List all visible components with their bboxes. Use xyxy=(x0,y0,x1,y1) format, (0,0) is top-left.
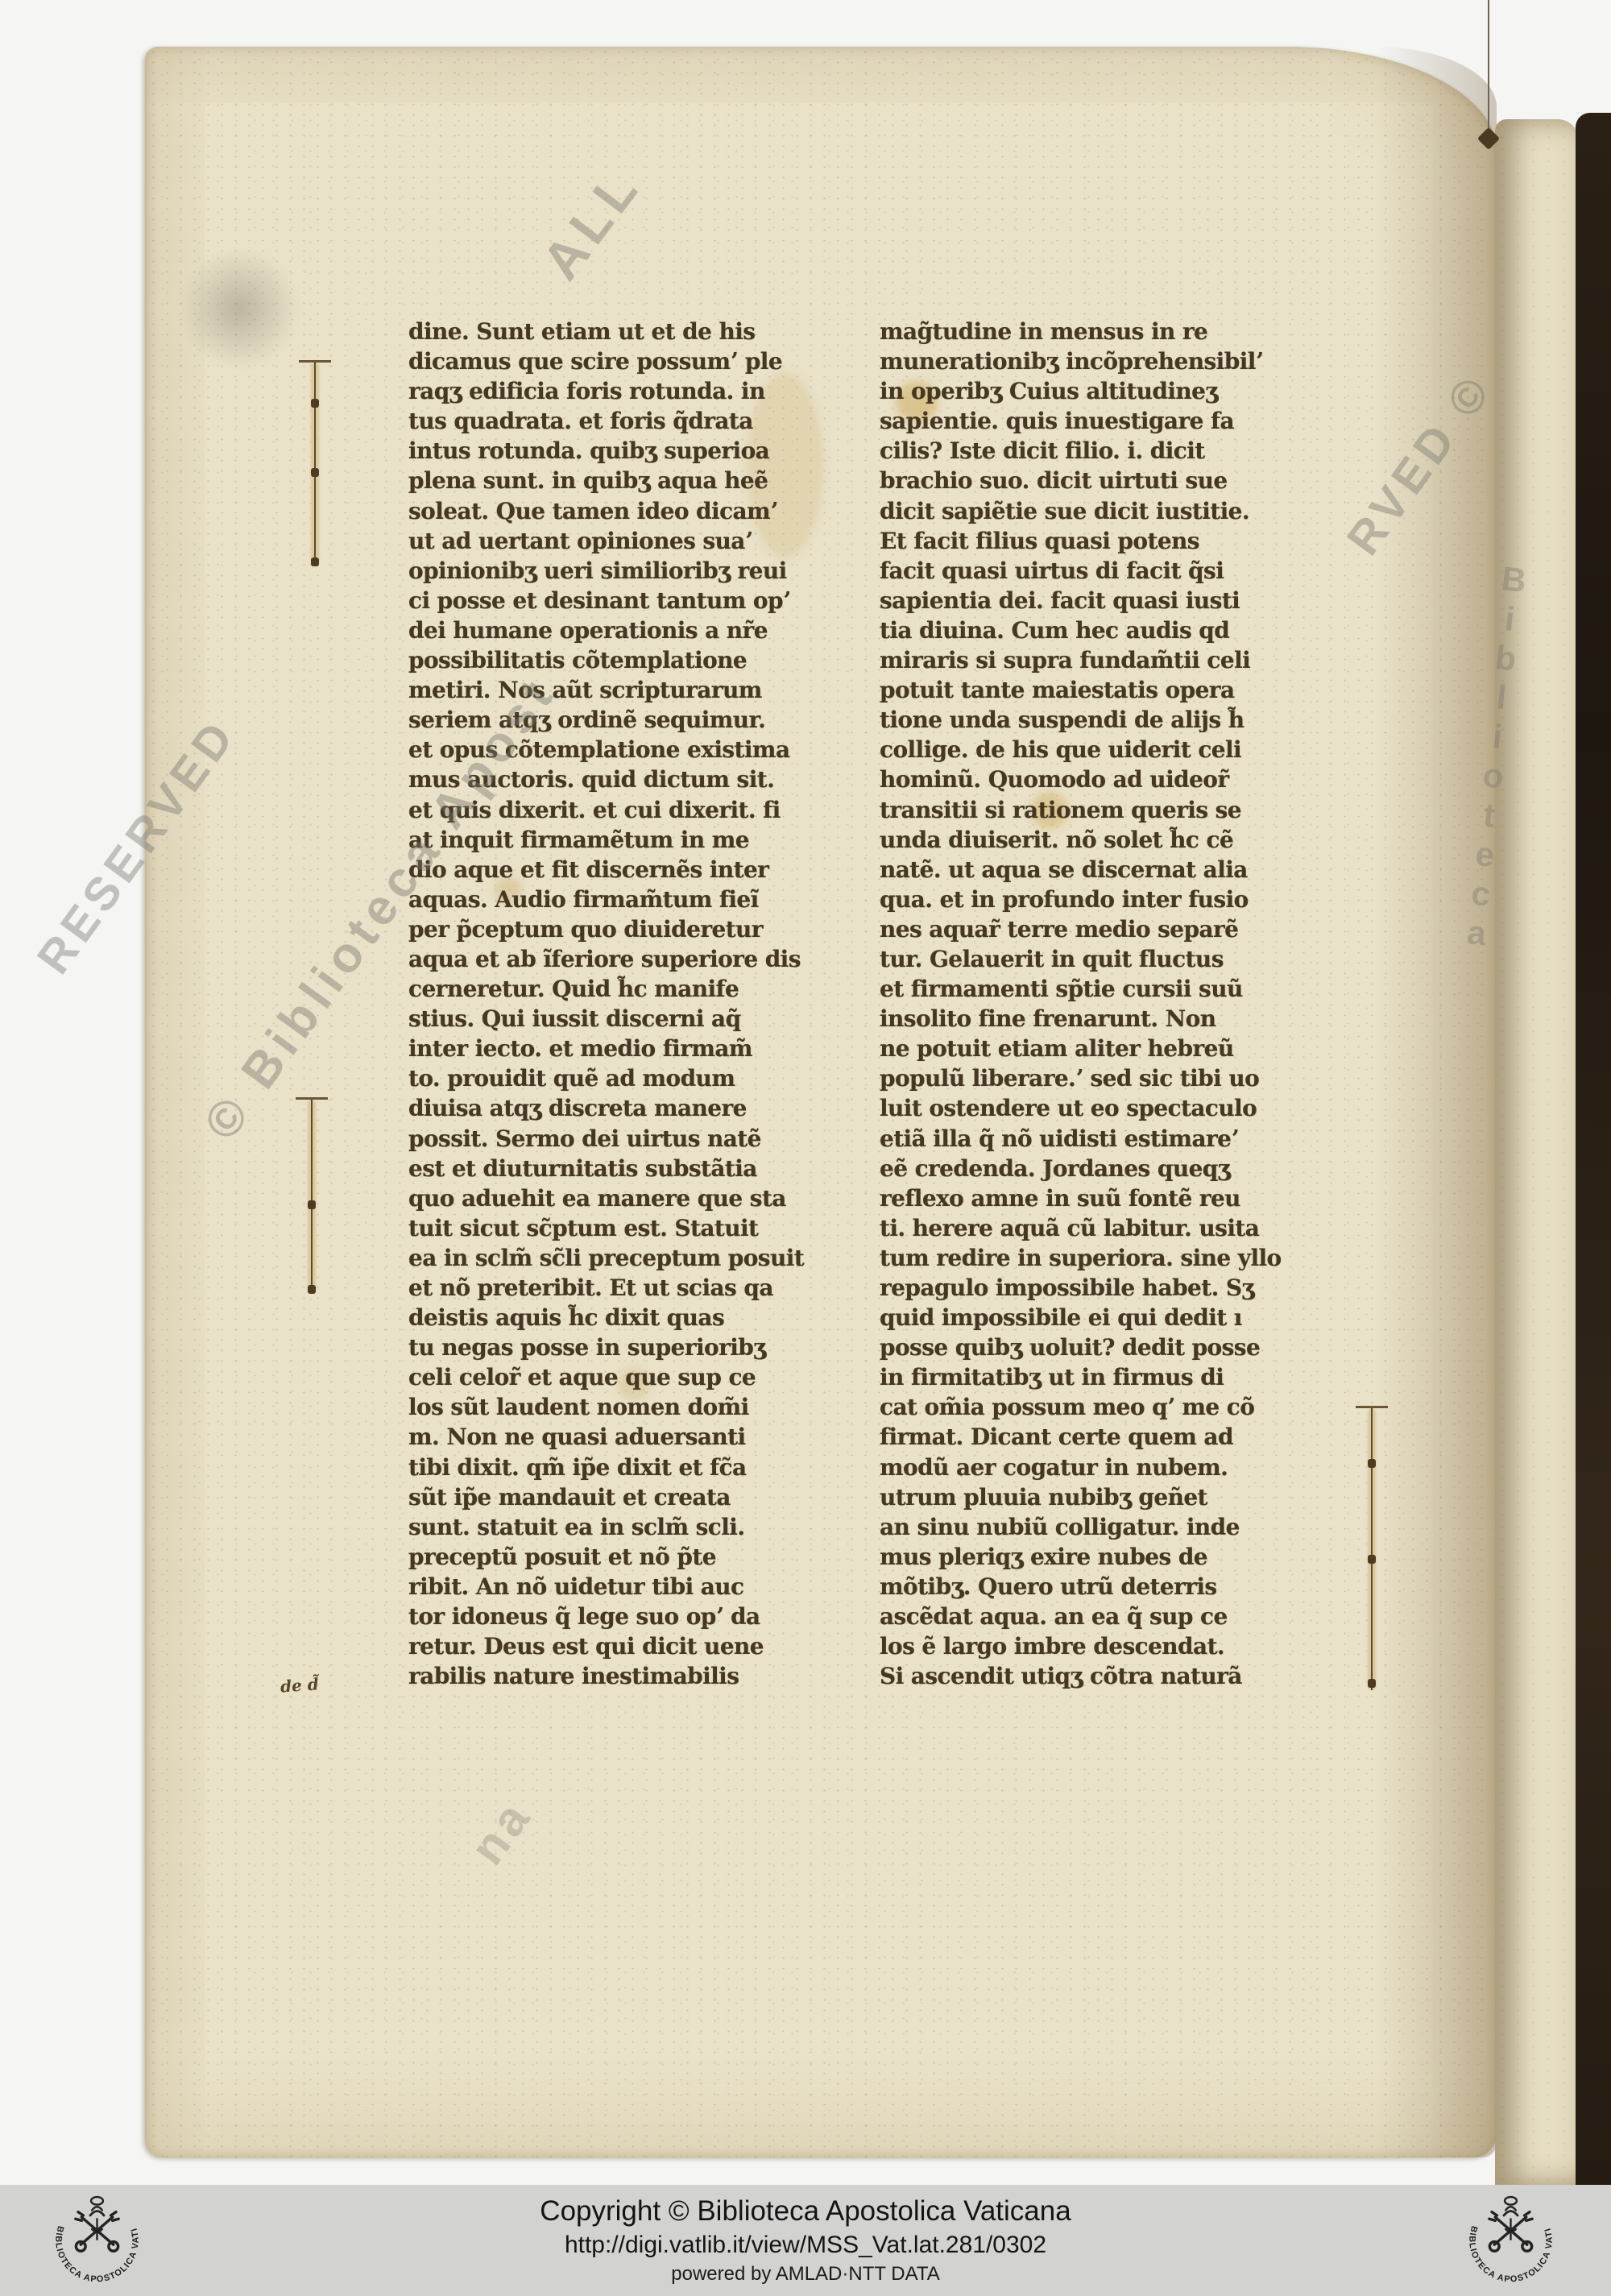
manuscript-line: ribit. An nõ uidetur tibi auc xyxy=(408,1572,827,1602)
manuscript-line: in firmitatibʒ ut in firmus di xyxy=(880,1362,1331,1392)
manuscript-line: possibilitatis cõtemplatione xyxy=(408,645,827,675)
manuscript-line: plena sunt. in quibʒ aqua heẽ xyxy=(408,466,827,495)
manuscript-line: hominũ. Quomodo ad uideor̃ xyxy=(880,765,1331,794)
manuscript-line: mag̃tudine in mensus in re xyxy=(880,317,1331,346)
manuscript-line: tum redire in superiora. sine yllo xyxy=(880,1243,1331,1273)
manuscript-line: rabilis nature inestimabilis xyxy=(408,1661,827,1691)
manuscript-line: possit. Sermo dei uirtus natẽ xyxy=(408,1124,827,1154)
manuscript-page: dine. Sunt etiam ut et de hisdicamus que… xyxy=(145,47,1497,2157)
manuscript-line: et nõ preteribit. Et ut scias qa xyxy=(408,1273,827,1303)
gutter-shadow xyxy=(1376,47,1497,2157)
viewer-footer: BIBLIOTECA APOSTOLICA VATICANA Copyright… xyxy=(0,2185,1611,2296)
manuscript-line: tur. Gelauerit in quit fluctus xyxy=(880,944,1331,974)
manuscript-line: inter iecto. et medio firmam̃ xyxy=(408,1034,827,1063)
manuscript-line: sũt ip̃e mandauit et creata xyxy=(408,1482,827,1512)
manuscript-line: ut ad uertant opiniones suaʼ xyxy=(408,526,827,556)
manuscript-line: repagulo impossibile habet. Sʒ xyxy=(880,1273,1331,1303)
manuscript-line: Et facit filius quasi potens xyxy=(880,526,1331,556)
manuscript-line: ne potuit etiam aliter hebreũ xyxy=(880,1034,1331,1063)
manuscript-line: nes aquar̃ terre medio separẽ xyxy=(880,914,1331,944)
manuscript-line: opinionibʒ ueri similioribʒ reui xyxy=(408,556,827,586)
manuscript-line: tibi dixit. qm̃ ip̃e dixit et fc̃a xyxy=(408,1453,827,1482)
manuscript-line: dicamus que scire possumʼ ple xyxy=(408,346,827,376)
manuscript-line: et firmamenti sp̃tie cursii suũ xyxy=(880,974,1331,1004)
footer-text: Copyright © Biblioteca Apostolica Vatica… xyxy=(0,2185,1611,2296)
vatican-library-logo: BIBLIOTECA APOSTOLICA VATICANA xyxy=(1440,2190,1581,2293)
manuscript-line: et opus cõtemplatione existima xyxy=(408,735,827,765)
text-column-right: mag̃tudine in mensus in remunerationibʒ … xyxy=(880,317,1331,1691)
manuscript-line: brachio suo. dicit uirtuti sue xyxy=(880,466,1331,495)
copyright-line: Copyright © Biblioteca Apostolica Vatica… xyxy=(540,2195,1071,2228)
manuscript-line: qua. et in profundo inter fusio xyxy=(880,885,1331,914)
manuscript-line: insolito fine frenarunt. Non xyxy=(880,1004,1331,1034)
manuscript-line: deistis aquis h̃c dixit quas xyxy=(408,1303,827,1332)
manuscript-line: sunt. statuit ea in sclm̃ scli. xyxy=(408,1512,827,1542)
manuscript-line: munerationibʒ incõprehensibilʼ xyxy=(880,346,1331,376)
manuscript-line: facit quasi uirtus di facit q̃si xyxy=(880,556,1331,586)
manuscript-line: los ẽ largo imbre descendat. xyxy=(880,1631,1331,1661)
manuscript-line: cilis? Iste dicit filio. i. dicit xyxy=(880,436,1331,466)
manuscript-line: collige. de his que uiderit celi xyxy=(880,735,1331,765)
manuscript-line: ea in sclm̃ sc̃li preceptum posuit xyxy=(408,1243,827,1273)
manuscript-line: modũ aer cogatur in nubem. xyxy=(880,1453,1331,1482)
manuscript-line: intus rotunda. quibʒ superioa xyxy=(408,436,827,466)
manuscript-line: mus auctoris. quid dictum sit. xyxy=(408,765,827,794)
manuscript-line: to. prouidit quẽ ad modum xyxy=(408,1063,827,1093)
manuscript-line: raqʒ edificia foris rotunda. in xyxy=(408,376,827,406)
manuscript-line: celi celor̃ et aque que sup ce xyxy=(408,1362,827,1392)
manuscript-line: aqua et ab ĩferiore superiore dis xyxy=(408,944,827,974)
manuscript-line: dio aque et fit discernẽs inter xyxy=(408,855,827,885)
manuscript-line: dicit sapiẽtie sue dicit iustitie. xyxy=(880,496,1331,526)
manuscript-line: aquas. Audio firmam̃tum fieĩ xyxy=(408,885,827,914)
manuscript-line: dei humane operationis a nr̃e xyxy=(408,615,827,645)
manuscript-line: luit ostendere ut eo spectaculo xyxy=(880,1093,1331,1123)
manuscript-line: eẽ credenda. Jordanes queqʒ xyxy=(880,1154,1331,1183)
manuscript-line: ti. herere aquã cũ labitur. usita xyxy=(880,1213,1331,1243)
manuscript-line: quid impossibile ei qui dedit ı xyxy=(880,1303,1331,1332)
manuscript-line: tione unda suspendi de alijs h̃ xyxy=(880,705,1331,735)
manuscript-line: miraris si supra fundam̃tii celi xyxy=(880,645,1331,675)
manuscript-line: at inquit firmamẽtum in me xyxy=(408,825,827,855)
manuscript-line: tia diuina. Cum hec audis qd xyxy=(880,615,1331,645)
manuscript-line: sapientie. quis inuestigare fa xyxy=(880,406,1331,436)
manuscript-line: tus quadrata. et foris q̃drata xyxy=(408,406,827,436)
margin-note: de d̃ xyxy=(280,1674,319,1696)
manuscript-line: tuit sicut sc̃ptum est. Statuit xyxy=(408,1213,827,1243)
source-url[interactable]: http://digi.vatlib.it/view/MSS_Vat.lat.2… xyxy=(565,2231,1046,2260)
manuscript-line: per p̃ceptum quo diuideretur xyxy=(408,914,827,944)
powered-by-line: powered by AMLAD·NTT DATA xyxy=(671,2263,939,2286)
manuscript-line: ascẽdat aqua. an ea q̃ sup ce xyxy=(880,1602,1331,1631)
manuscript-line: los sũt laudent nomen dom̃i xyxy=(408,1392,827,1422)
manuscript-line: ci posse et desinant tantum opʼ xyxy=(408,586,827,615)
manuscript-line: unda diuiserit. nõ solet h̃c cẽ xyxy=(880,825,1331,855)
book-cover-edge xyxy=(1576,113,1611,2185)
text-column-left: dine. Sunt etiam ut et de hisdicamus que… xyxy=(408,317,827,1691)
manuscript-line: et quis dixerit. et cui dixerit. fi xyxy=(408,795,827,825)
manuscript-line: etiã illa q̃ nõ uidisti estimareʼ xyxy=(880,1124,1331,1154)
manuscript-line: retur. Deus est qui dicit uene xyxy=(408,1631,827,1661)
manuscript-line: utrum pluuia nubibʒ geñet xyxy=(880,1482,1331,1512)
manuscript-line: sapientia dei. facit quasi iusti xyxy=(880,586,1331,615)
digitized-manuscript-photo: dine. Sunt etiam ut et de hisdicamus que… xyxy=(0,0,1611,2296)
manuscript-line: m. Non ne quasi aduersanti xyxy=(408,1422,827,1452)
manuscript-line: mõtibʒ. Quero utrũ deterris xyxy=(880,1572,1331,1602)
manuscript-line: soleat. Que tamen ideo dicamʼ xyxy=(408,496,827,526)
manuscript-line: tu negas posse in superioribʒ xyxy=(408,1332,827,1362)
manuscript-line: dine. Sunt etiam ut et de his xyxy=(408,317,827,346)
manuscript-line: Si ascendit utiqʒ cõtra naturã xyxy=(880,1661,1331,1691)
manuscript-line: reflexo amne in suũ fontẽ reu xyxy=(880,1183,1331,1213)
manuscript-line: preceptũ posuit et nõ p̃te xyxy=(408,1542,827,1572)
manuscript-line: transitii si rationem queris se xyxy=(880,795,1331,825)
manuscript-line: est et diuturnitatis substãtia xyxy=(408,1154,827,1183)
manuscript-line: populũ liberare.ʼ sed sic tibi uo xyxy=(880,1063,1331,1093)
manuscript-line: diuisa atqʒ discreta manere xyxy=(408,1093,827,1123)
manuscript-line: an sinu nubiũ colligatur. inde xyxy=(880,1512,1331,1542)
manuscript-line: tor idoneus q̃ lege suo opʼ da xyxy=(408,1602,827,1631)
manuscript-line: seriem atqʒ ordinẽ sequimur. xyxy=(408,705,827,735)
manuscript-line: mus pleriqʒ exire nubes de xyxy=(880,1542,1331,1572)
gutter-line xyxy=(1488,0,1489,145)
next-page-edge xyxy=(1495,119,1579,2185)
manuscript-line: potuit tante maiestatis opera xyxy=(880,675,1331,705)
manuscript-line: natẽ. ut aqua se discernat alia xyxy=(880,855,1331,885)
manuscript-line: metiri. Nos aũt scripturarum xyxy=(408,675,827,705)
manuscript-line: stius. Qui iussit discerni aq̃ xyxy=(408,1004,827,1034)
manuscript-line: cat om̃ia possum meo qʼ me cõ xyxy=(880,1392,1331,1422)
manuscript-line: posse quibʒ uoluit? dedit posse xyxy=(880,1332,1331,1362)
manuscript-line: in operibʒ Cuius altitudineʒ xyxy=(880,376,1331,406)
manuscript-line: quo aduehit ea manere que sta xyxy=(408,1183,827,1213)
manuscript-line: cerneretur. Quid h̃c manife xyxy=(408,974,827,1004)
manuscript-line: firmat. Dicant certe quem ad xyxy=(880,1422,1331,1452)
ink-smudge xyxy=(179,248,300,369)
